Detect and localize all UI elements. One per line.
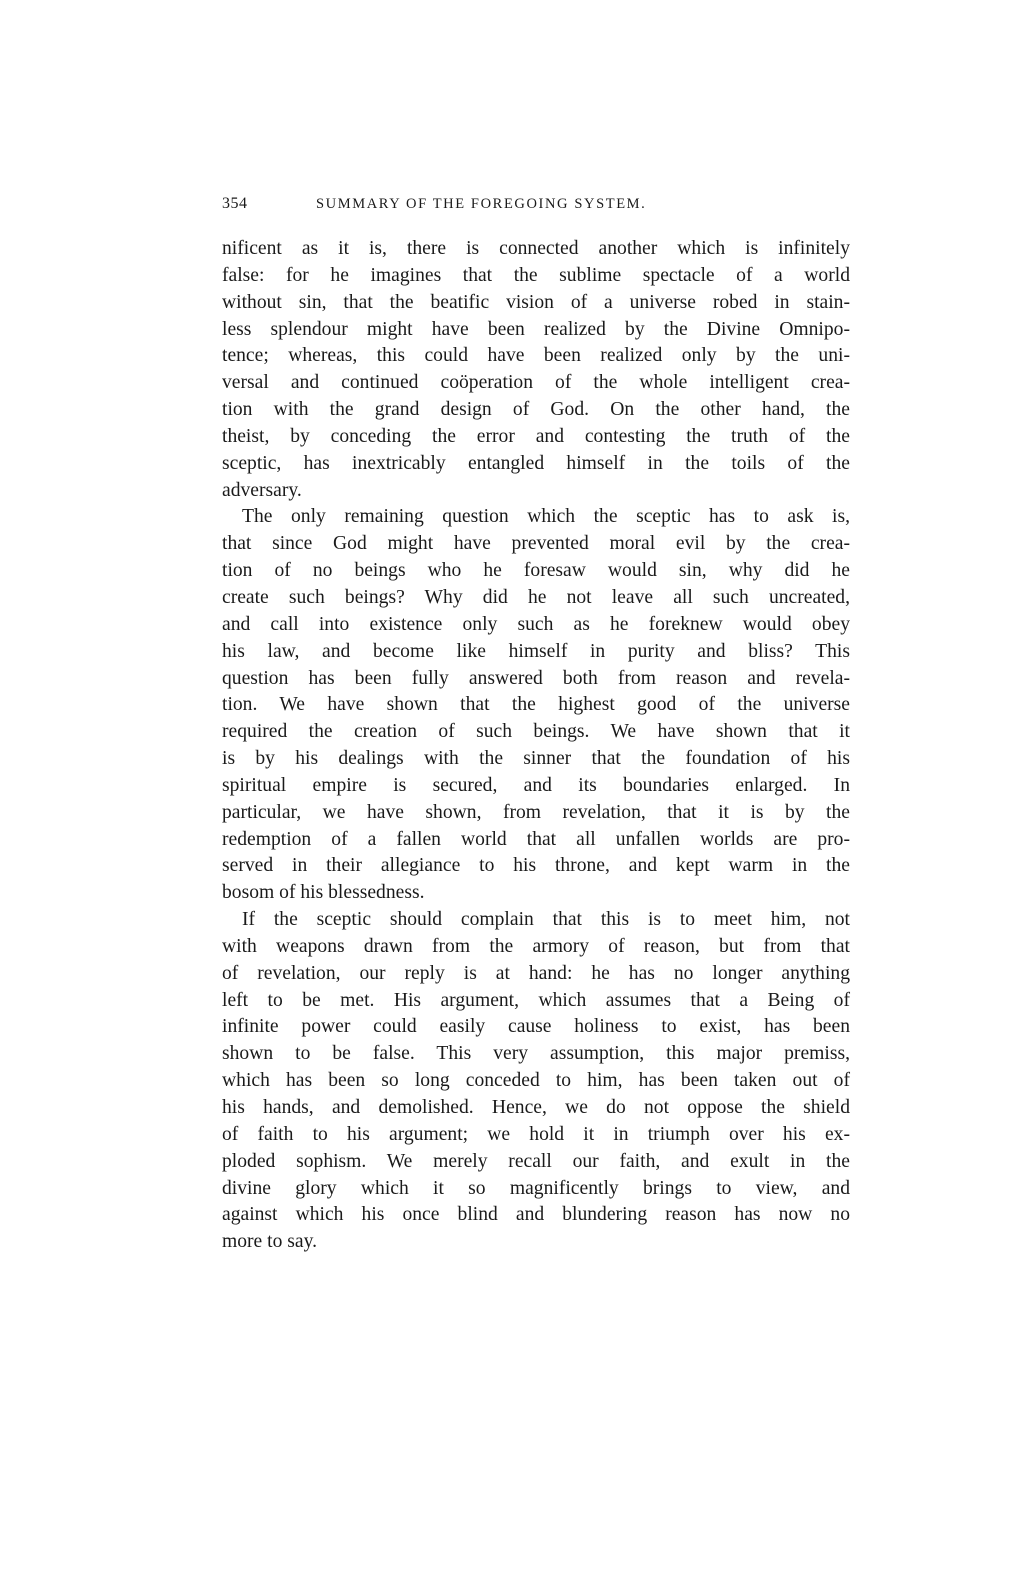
text-line: tion with the grand design of God. On th… — [222, 397, 850, 424]
text-line: against which his once blind and blunder… — [222, 1202, 850, 1229]
text-line: less splendour might have been realized … — [222, 317, 850, 344]
text-line: of revelation, our reply is at hand: he … — [222, 961, 850, 988]
text-line: his law, and become like himself in puri… — [222, 639, 850, 666]
page-number: 354 — [222, 191, 248, 217]
text-line: served in their allegiance to his throne… — [222, 853, 850, 880]
text-line: his hands, and demolished. Hence, we do … — [222, 1095, 850, 1122]
paragraph: nificent as it is, there is connected an… — [222, 236, 850, 504]
paragraph: The only remaining question which the sc… — [222, 504, 850, 907]
text-line: ploded sophism. We merely recall our fai… — [222, 1149, 850, 1176]
text-line: spiritual empire is secured, and its bou… — [222, 773, 850, 800]
text-line: particular, we have shown, from revelati… — [222, 800, 850, 827]
text-line: theist, by conceding the error and conte… — [222, 424, 850, 451]
text-line: adversary. — [222, 478, 850, 505]
text-line: shown to be false. This very assumption,… — [222, 1041, 850, 1068]
text-line: If the sceptic should complain that this… — [222, 907, 850, 934]
text-line: The only remaining question which the sc… — [222, 504, 850, 531]
text-line: question has been fully answered both fr… — [222, 666, 850, 693]
text-line: tion of no beings who he foresaw would s… — [222, 558, 850, 585]
text-line: sceptic, has inextricably entangled hims… — [222, 451, 850, 478]
text-line: more to say. — [222, 1229, 850, 1256]
text-line: versal and continued coöperation of the … — [222, 370, 850, 397]
text-line: with weapons drawn from the armory of re… — [222, 934, 850, 961]
text-line: false: for he imagines that the sublime … — [222, 263, 850, 290]
text-line: is by his dealings with the sinner that … — [222, 746, 850, 773]
paragraph: If the sceptic should complain that this… — [222, 907, 850, 1256]
text-line: infinite power could easily cause holine… — [222, 1014, 850, 1041]
text-line: which has been so long conceded to him, … — [222, 1068, 850, 1095]
text-line: nificent as it is, there is connected an… — [222, 236, 850, 263]
text-line: of faith to his argument; we hold it in … — [222, 1122, 850, 1149]
book-page: 354 SUMMARY OF THE FOREGOING SYSTEM. nif… — [0, 0, 1011, 1580]
body-text: nificent as it is, there is connected an… — [222, 236, 850, 1256]
text-line: divine glory which it so magnificently b… — [222, 1176, 850, 1203]
running-head: 354 SUMMARY OF THE FOREGOING SYSTEM. — [222, 191, 850, 217]
text-line: without sin, that the beatific vision of… — [222, 290, 850, 317]
running-title: SUMMARY OF THE FOREGOING SYSTEM. — [316, 191, 646, 217]
text-line: that since God might have prevented mora… — [222, 531, 850, 558]
text-line: bosom of his blessedness. — [222, 880, 850, 907]
text-line: left to be met. His argument, which assu… — [222, 988, 850, 1015]
text-line: redemption of a fallen world that all un… — [222, 827, 850, 854]
text-line: tence; whereas, this could have been rea… — [222, 343, 850, 370]
text-line: required the creation of such beings. We… — [222, 719, 850, 746]
text-line: create such beings? Why did he not leave… — [222, 585, 850, 612]
text-line: tion. We have shown that the highest goo… — [222, 692, 850, 719]
text-line: and call into existence only such as he … — [222, 612, 850, 639]
